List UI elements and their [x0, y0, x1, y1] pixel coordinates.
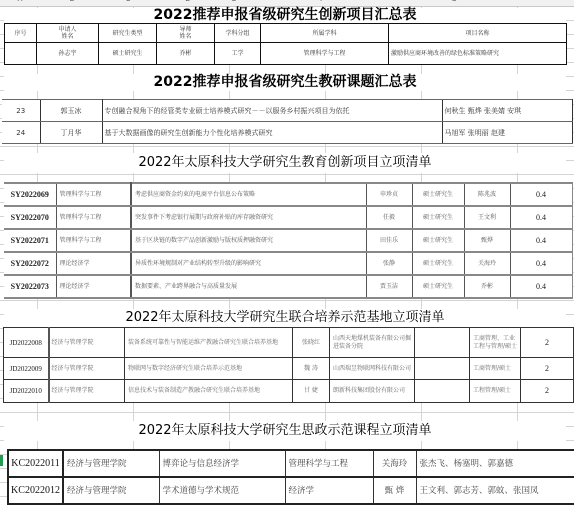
column-header-d[interactable]: D	[178, 0, 198, 3]
header-project-name: 项目名称	[389, 24, 567, 43]
cell-base-id[interactable]: JD2022009	[4, 358, 49, 380]
cell-title[interactable]: 基于大数据画像的研究生创新能力个性化培养模式研究	[102, 122, 442, 144]
cell-partner[interactable]: 朗新科技集团股份有限公司	[330, 380, 415, 403]
cell-title[interactable]: 基于区块链的数字产品创新激励与版权质押融资研究	[131, 229, 366, 252]
header-student-type: 研究生类型	[99, 24, 157, 43]
cell-blank[interactable]	[415, 328, 470, 358]
table-row: SY2022073 理论经济学 数据要素、产业跨界融合与高质量发展 贾玉洁 硕士…	[4, 275, 572, 298]
cell-course-id[interactable]: KC2022012	[8, 477, 63, 504]
cell-course[interactable]: 学术道德与学术规范	[159, 477, 285, 504]
cell-program[interactable]: 工商管理/硕士	[470, 358, 521, 380]
cell-count[interactable]: 2	[521, 328, 574, 358]
cell-college[interactable]: 经济与管理学院	[49, 328, 125, 358]
cell-discipline[interactable]: 管理科学与工程	[285, 450, 373, 477]
cell-college[interactable]: 经济与管理学院	[63, 477, 159, 504]
cell-title[interactable]: 考虑供应商资金约束的电商平台信息公布策略	[131, 183, 366, 206]
cell-advisor[interactable]: 甄烨	[464, 229, 510, 252]
cell-base-name[interactable]: 信息技术与装备制造产教融合研究生联合培养基地	[125, 380, 293, 403]
cell-title[interactable]: 数据要素、产业跨界融合与高质量发展	[131, 275, 366, 298]
cell-project-id[interactable]: SY2022069	[4, 183, 56, 206]
cell-partner[interactable]: 山西瑞昱物联网科技有限公司	[330, 358, 415, 380]
cell-course-id[interactable]: KC2022011	[8, 450, 63, 477]
cell-base-name[interactable]: 物联网与数字经济研究生联合培养示范基地	[125, 358, 293, 380]
cell-blank[interactable]	[415, 358, 470, 380]
cell-student-type[interactable]: 硕士研究生	[99, 43, 157, 65]
table-row: 孙志宇 硕士研究生 乔彬 工学 管理科学与工程 激励供应商环境改善的绿色标准策略…	[5, 43, 567, 65]
cell-advisor[interactable]: 乔彬	[157, 43, 215, 65]
cell-leader[interactable]: 甄 烨	[373, 477, 416, 504]
cell-title[interactable]: 突发事件下考虑银行展期与政府补贴的库存融资研究	[131, 206, 366, 229]
cell-members[interactable]: 马旭军 张明丽 赵建	[442, 122, 572, 144]
table-row: JD2022010 经济与管理学院 信息技术与装备制造产教融合研究生联合培养基地…	[4, 380, 574, 403]
cell-name[interactable]: 郭玉冰	[40, 100, 102, 122]
header-applicant: 申请人 姓名	[37, 24, 99, 43]
section4-table: JD2022008 经济与管理学院 装备系统可靠性与智能运维产教融合研究生联合培…	[3, 327, 574, 403]
table-row: 24 丁月华 基于大数据画像的研究生创新能力个性化培养模式研究 马旭军 张明丽 …	[2, 122, 572, 144]
cell-partner[interactable]: 山西天地煤机装备有限公司掘进装备分院	[330, 328, 415, 358]
column-header-b[interactable]: B	[62, 0, 82, 3]
cell-college[interactable]: 经济与管理学院	[49, 380, 125, 403]
cell-advisor[interactable]: 乔彬	[464, 275, 510, 298]
cell-advisor[interactable]: 王文利	[464, 206, 510, 229]
header-discipline: 所属学科	[261, 24, 389, 43]
cell-leader[interactable]: 张晓红	[293, 328, 330, 358]
cell-seq[interactable]: 23	[2, 100, 40, 122]
cell-discipline[interactable]: 经济学	[285, 477, 373, 504]
cell-type[interactable]: 硕士研究生	[412, 183, 464, 206]
cell-count[interactable]: 2	[521, 358, 574, 380]
cell-discipline[interactable]: 理论经济学	[56, 252, 131, 275]
cell-blank[interactable]	[415, 380, 470, 403]
section3-title: 2022年太原科技大学研究生教育创新项目立项清单	[4, 153, 566, 173]
cell-student[interactable]: 田佳乐	[366, 229, 412, 252]
cell-funding[interactable]: 0.4	[510, 252, 572, 275]
cell-funding[interactable]: 0.4	[510, 206, 572, 229]
cell-student[interactable]: 贾玉洁	[366, 275, 412, 298]
section5-table: KC2022011 经济与管理学院 博弈论与信息经济学 管理科学与工程 关海玲 …	[7, 449, 574, 505]
section5-title: 2022年太原科技大学研究生思政示范课程立项清单	[4, 421, 566, 441]
cell-project-id[interactable]: SY2022071	[4, 229, 56, 252]
cell-seq[interactable]: 24	[2, 122, 40, 144]
cell-funding[interactable]: 0.4	[510, 183, 572, 206]
cell-student[interactable]: 任毅	[366, 206, 412, 229]
cell-discipline[interactable]: 管理科学与工程	[56, 229, 131, 252]
cell-base-id[interactable]: JD2022008	[4, 328, 49, 358]
column-header-row: A B C D E F G	[0, 0, 574, 7]
cell-type[interactable]: 硕士研究生	[412, 252, 464, 275]
cell-base-id[interactable]: JD2022010	[4, 380, 49, 403]
section1-title: 2022推荐申报省级研究生创新项目汇总表	[4, 8, 566, 23]
column-header-a[interactable]: A	[10, 0, 30, 3]
table-row: SY2022070 管理科学与工程 突发事件下考虑银行展期与政府补贴的库存融资研…	[4, 206, 572, 229]
section1-table: 序号 申请人 姓名 研究生类型 导师 姓名 学科分组 所属学科 项目名称 孙志宇…	[4, 23, 567, 65]
cell-funding[interactable]: 0.4	[510, 229, 572, 252]
cell-title[interactable]: 专创融合视角下的经管类专业硕士培养模式研究－－以服务乡村振兴项目为依托	[102, 100, 442, 122]
header-seq: 序号	[5, 24, 37, 43]
cell-applicant[interactable]: 孙志宇	[37, 43, 99, 65]
cell-name[interactable]: 丁月华	[40, 122, 102, 144]
cell-members[interactable]: 张杰飞、杨塞明、郭嘉德	[416, 450, 574, 477]
section2-title: 2022推荐申报省级研究生教研课题汇总表	[4, 74, 566, 91]
column-header-f[interactable]: F	[312, 0, 332, 3]
header-discipline-group: 学科分组	[215, 24, 261, 43]
section3-table: SY2022069 管理科学与工程 考虑供应商资金约束的电商平台信息公布策略 申…	[4, 182, 573, 299]
table-row: KC2022011 经济与管理学院 博弈论与信息经济学 管理科学与工程 关海玲 …	[8, 450, 574, 477]
cell-base-name[interactable]: 装备系统可靠性与智能运维产教融合研究生联合培养基地	[125, 328, 293, 358]
cell-members[interactable]: 何秋生 甄烨 张美婧 安琪	[442, 100, 572, 122]
table-row: JD2022008 经济与管理学院 装备系统可靠性与智能运维产教融合研究生联合培…	[4, 328, 574, 358]
cell-type[interactable]: 硕士研究生	[412, 275, 464, 298]
cell-discipline[interactable]: 管理科学与工程	[56, 206, 131, 229]
cell-discipline[interactable]: 理论经济学	[56, 275, 131, 298]
column-header-e[interactable]: E	[224, 0, 244, 3]
cell-type[interactable]: 硕士研究生	[412, 206, 464, 229]
cell-college[interactable]: 经济与管理学院	[49, 358, 125, 380]
cell-student[interactable]: 张静	[366, 252, 412, 275]
cell-project-id[interactable]: SY2022070	[4, 206, 56, 229]
section2-table: 23 郭玉冰 专创融合视角下的经管类专业硕士培养模式研究－－以服务乡村振兴项目为…	[2, 99, 573, 144]
table-row: JD2022009 经济与管理学院 物联网与数字经济研究生联合培养示范基地 魏 …	[4, 358, 574, 380]
cell-project-name[interactable]: 激励供应商环境改善的绿色标准策略研究	[389, 43, 567, 65]
cell-leader[interactable]: 甘 婕	[293, 380, 330, 403]
cell-funding[interactable]: 0.4	[510, 275, 572, 298]
cell-leader[interactable]: 魏 涛	[293, 358, 330, 380]
cell-course[interactable]: 博弈论与信息经济学	[159, 450, 285, 477]
cell-program[interactable]: 工商管理、工业工程与管理/硕士	[470, 328, 521, 358]
cell-leader[interactable]: 关海玲	[373, 450, 416, 477]
cell-members[interactable]: 王文利、郭志芳、郭蚊、张国凤	[416, 477, 574, 504]
section1-header-row: 序号 申请人 姓名 研究生类型 导师 姓名 学科分组 所属学科 项目名称	[5, 24, 567, 43]
cell-college[interactable]: 经济与管理学院	[63, 450, 159, 477]
table-row: 23 郭玉冰 专创融合视角下的经管类专业硕士培养模式研究－－以服务乡村振兴项目为…	[2, 100, 572, 122]
table-row: SY2022072 理论经济学 异质性环境规制对产业结构转型升级的影响研究 张静…	[4, 252, 572, 275]
table-row: KC2022012 经济与管理学院 学术道德与学术规范 经济学 甄 烨 王文利、…	[8, 477, 574, 504]
table-row: SY2022071 管理科学与工程 基于区块链的数字产品创新激励与版权质押融资研…	[4, 229, 572, 252]
table-row: SY2022069 管理科学与工程 考虑供应商资金约束的电商平台信息公布策略 申…	[4, 183, 572, 206]
column-header-c[interactable]: C	[118, 0, 138, 3]
cell-project-id[interactable]: SY2022073	[4, 275, 56, 298]
cell-advisor[interactable]: 关海玲	[464, 252, 510, 275]
cell-project-id[interactable]: SY2022072	[4, 252, 56, 275]
cell-advisor[interactable]: 陈兆波	[464, 183, 510, 206]
cell-title[interactable]: 异质性环境规制对产业结构转型升级的影响研究	[131, 252, 366, 275]
cell-type[interactable]: 硕士研究生	[412, 229, 464, 252]
header-advisor: 导师 姓名	[157, 24, 215, 43]
cell-count[interactable]: 2	[521, 380, 574, 403]
column-header-g[interactable]: G	[444, 0, 464, 3]
cell-discipline-group[interactable]: 工学	[215, 43, 261, 65]
section4-title: 2022年太原科技大学研究生联合培养示范基地立项清单	[4, 309, 566, 327]
cell-student[interactable]: 申珍贞	[366, 183, 412, 206]
selection-marker	[0, 455, 3, 466]
cell-seq[interactable]	[5, 43, 37, 65]
cell-discipline[interactable]: 管理科学与工程	[56, 183, 131, 206]
cell-program[interactable]: 工程管理/硕士	[470, 380, 521, 403]
cell-discipline[interactable]: 管理科学与工程	[261, 43, 389, 65]
